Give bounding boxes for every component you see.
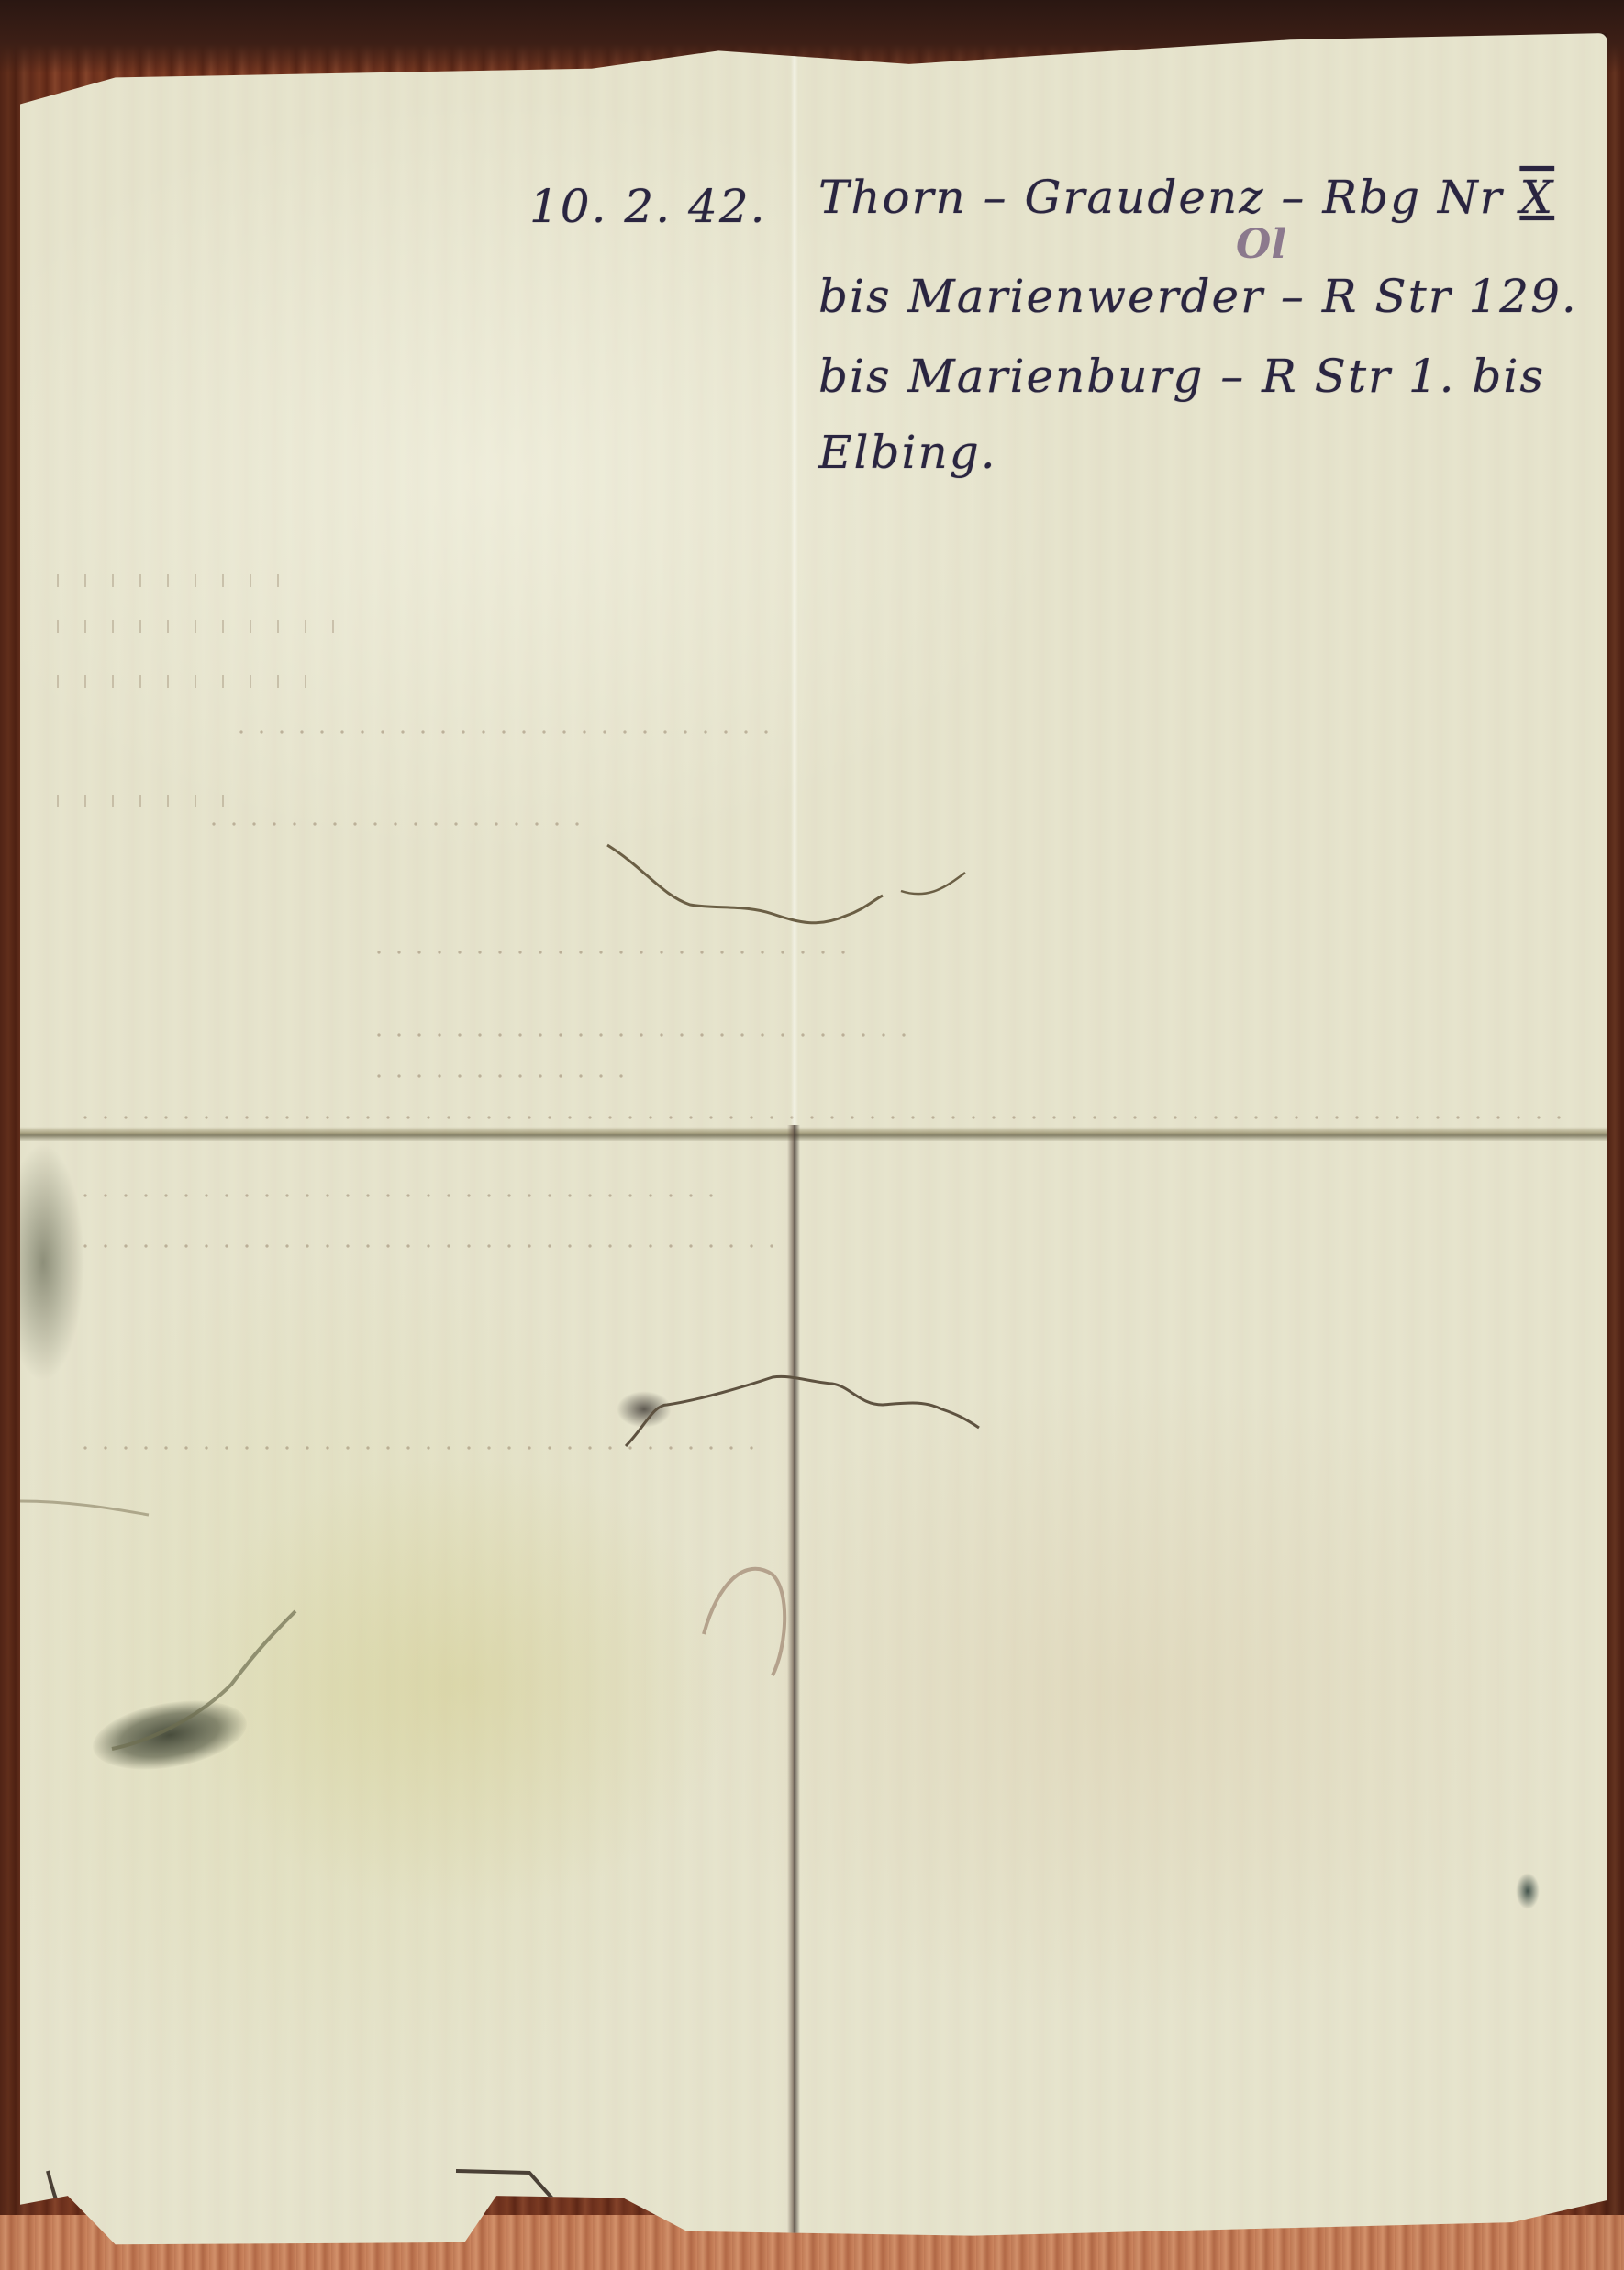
showthrough-text xyxy=(75,1116,1562,1119)
showthrough-text xyxy=(57,795,240,807)
handwritten-line-1-text: Thorn – Graudenz – Rbg Nr xyxy=(818,171,1504,224)
handwritten-line-1: Thorn – Graudenz – Rbg Nr X xyxy=(818,171,1554,224)
roman-numeral: X xyxy=(1519,171,1554,224)
pencil-annotation: Ol xyxy=(1236,221,1286,268)
showthrough-text xyxy=(204,822,589,826)
vertical-fold-lower xyxy=(787,1125,800,2253)
ink-spot xyxy=(1516,1873,1540,1909)
showthrough-text xyxy=(57,675,332,688)
edge-stain xyxy=(2,1143,84,1382)
water-stain xyxy=(185,1455,736,1914)
showthrough-text xyxy=(369,1074,626,1078)
showthrough-text xyxy=(231,730,782,734)
handwritten-line-2: bis Marienwerder – R Str 129. xyxy=(818,270,1578,323)
showthrough-text xyxy=(75,1244,773,1248)
document-sheet: 10. 2. 42. Thorn – Graudenz – Rbg Nr X O… xyxy=(20,33,1607,2253)
handwritten-line-4: Elbing. xyxy=(818,426,997,479)
showthrough-text xyxy=(75,1194,717,1197)
handwritten-date: 10. 2. 42. xyxy=(529,180,767,233)
showthrough-text xyxy=(369,951,846,954)
showthrough-text xyxy=(369,1033,919,1037)
handwritten-line-3: bis Marienburg – R Str 1. bis xyxy=(818,350,1545,403)
showthrough-text xyxy=(75,1446,754,1450)
showthrough-text xyxy=(57,574,295,587)
horizontal-fold xyxy=(20,1127,1607,1141)
tear-stain xyxy=(617,1391,672,1428)
vertical-fold-upper xyxy=(791,33,798,1125)
showthrough-text xyxy=(57,620,360,633)
